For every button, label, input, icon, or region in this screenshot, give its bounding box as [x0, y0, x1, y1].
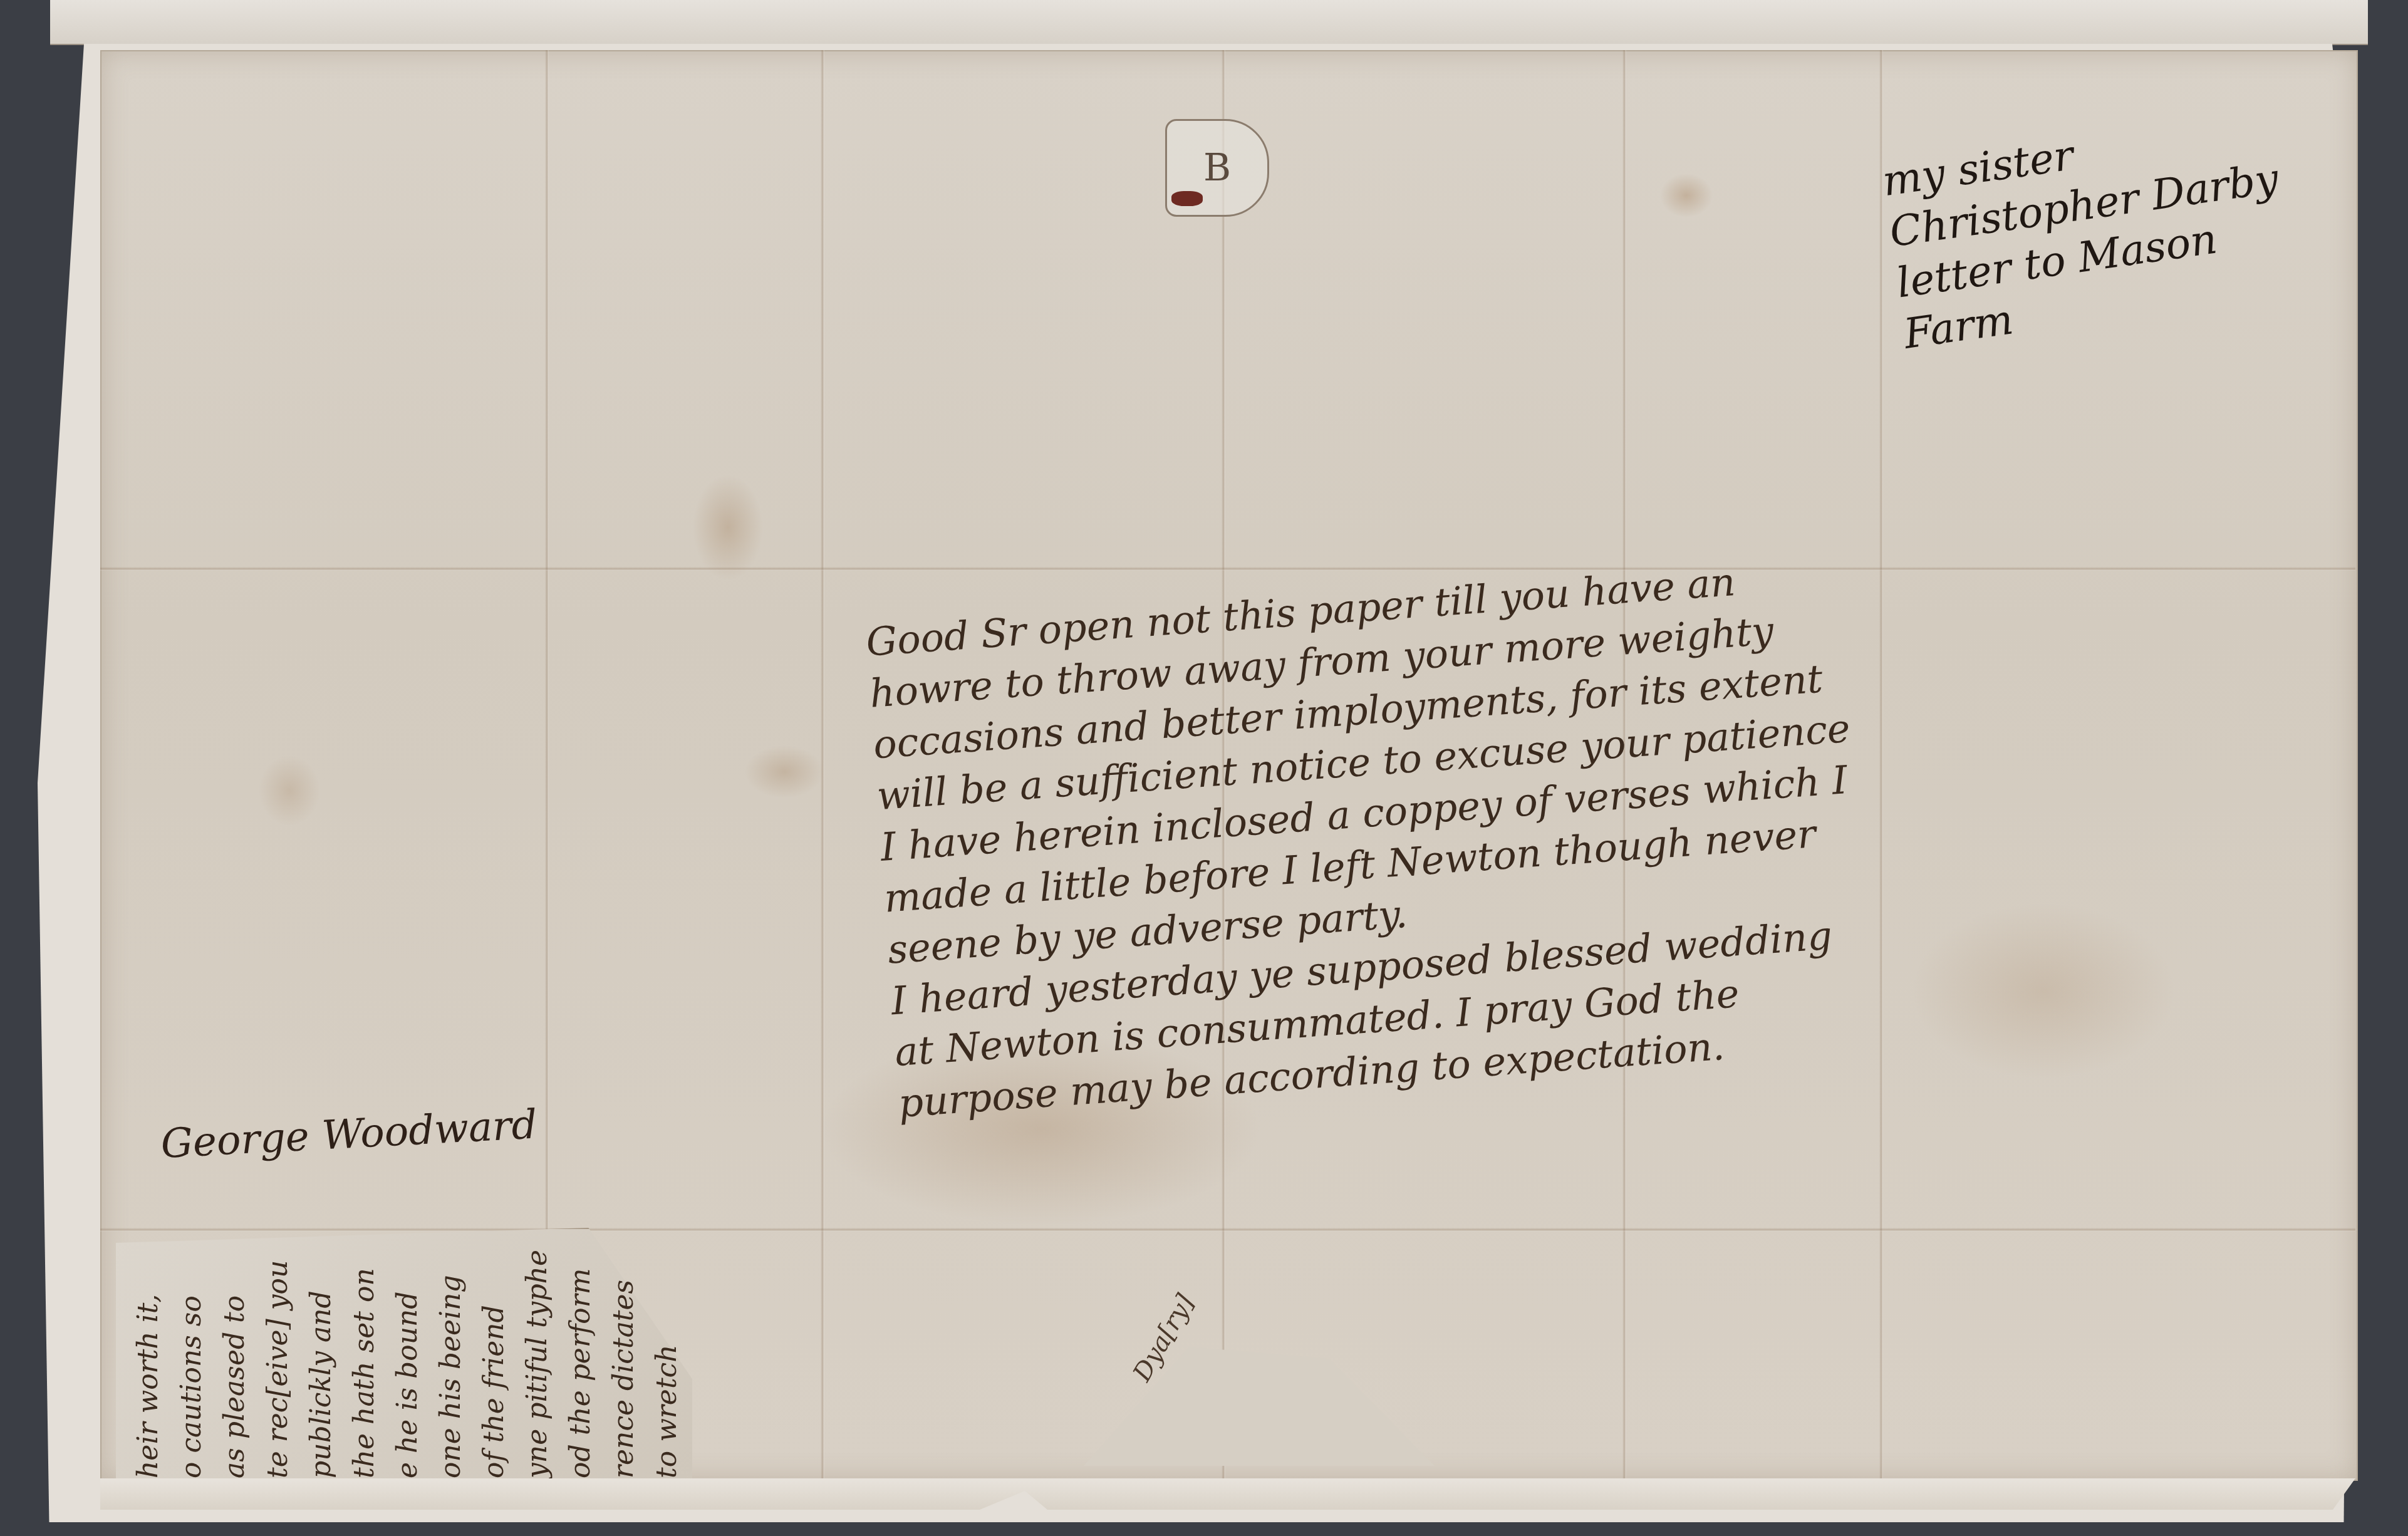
- fragment-line: of the friend: [478, 1240, 510, 1478]
- letter-body: Good Sr open not this paper till you hav…: [864, 549, 1873, 1129]
- fragment-line: te rec[eive] you: [262, 1240, 294, 1478]
- fragment-text: to wretch rence dictates od the perform …: [119, 1240, 683, 1478]
- top-sheet-edge: [50, 0, 2368, 45]
- fragment-line: o cautions so: [175, 1240, 207, 1478]
- fragment-line: rence dictates: [608, 1240, 640, 1478]
- seal-glyph: B: [1203, 146, 1231, 190]
- bottom-sheet-edge: [100, 1478, 2355, 1510]
- fragment-line: publickly and: [305, 1240, 337, 1478]
- fragment-line: yne pitiful typhe: [521, 1240, 553, 1478]
- fold-line-vertical: [1879, 50, 1883, 1478]
- fragment-line: e he is bound: [392, 1240, 423, 1478]
- fold-line-horizontal: [100, 567, 2355, 571]
- fragment-line: heir worth it,: [132, 1240, 164, 1478]
- fragment-line: as pleased to: [219, 1240, 251, 1478]
- fragment-line: one his beeing: [435, 1240, 467, 1478]
- fragment-line: to wretch: [651, 1240, 683, 1478]
- wax-fragment: [1171, 191, 1203, 206]
- fold-line-vertical: [821, 50, 824, 1478]
- fold-line-horizontal: [100, 1228, 2355, 1232]
- fragment-line: od the perform: [564, 1240, 596, 1478]
- fragment-line: the hath set on: [348, 1240, 380, 1478]
